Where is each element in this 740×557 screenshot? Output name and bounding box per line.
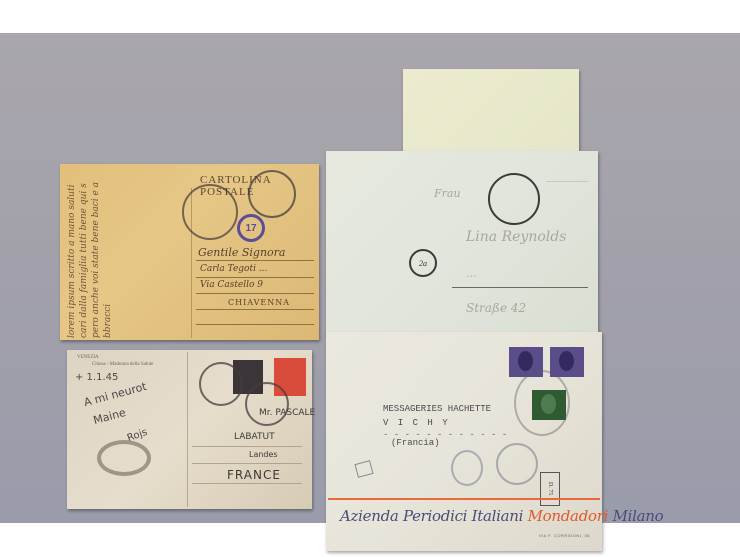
envelope-german: 2a Frau Lina Reynolds ... Straße 42 — [326, 151, 598, 334]
address-line: Via Castello 9 — [200, 280, 263, 290]
brand-mondadori: Mondadori — [528, 507, 609, 525]
caption-subtitle: Chiesa - Madonna della Salute — [92, 362, 153, 367]
address-rule — [452, 287, 588, 288]
censor-postmark — [182, 184, 238, 240]
address-rule — [196, 293, 314, 294]
address-line: Frau — [434, 187, 461, 200]
address-rule — [196, 277, 314, 278]
address-line: (Francia) — [391, 438, 440, 448]
photo-background: CARTOLINA POSTALE 17 lorem ipsum scritto… — [0, 33, 740, 523]
caption-title: VENEZIA — [77, 355, 99, 360]
address-line: Gentile Signora — [198, 246, 285, 259]
small-box-mark — [354, 460, 373, 478]
postmark-dax — [245, 382, 289, 426]
accent-line — [328, 498, 600, 500]
address-rule — [192, 483, 302, 484]
postmark-eagle — [488, 173, 540, 225]
postmark-circle — [248, 170, 296, 218]
postcard-france: VENEZIA Chiesa - Madonna della Salute + … — [67, 350, 312, 509]
brand-part: Milano — [608, 507, 663, 525]
brand-part: Azienda Periodici Italiani — [340, 507, 528, 525]
message-line: A mi neurot — [82, 380, 148, 409]
address-line: Carla Tegoti ... — [200, 264, 267, 274]
censor-circle — [496, 443, 538, 485]
boxed-mark: D. 75 — [540, 472, 560, 506]
address-rule — [196, 324, 314, 325]
postmark-dax — [199, 362, 243, 406]
envelope-mondadori: MESSAGERIES HACHETTE V I C H Y - - - - -… — [326, 332, 602, 551]
address-rule — [196, 309, 314, 310]
address-rule — [192, 446, 302, 447]
address-country: FRANCE — [227, 468, 281, 482]
address-line: Straße 42 — [466, 301, 526, 315]
card-divider — [187, 352, 188, 507]
address-line: MESSAGERIES HACHETTE — [383, 404, 491, 414]
oval-cachet — [97, 440, 151, 476]
street-address: VIA F. CORRIDONI, 36 — [539, 533, 590, 538]
address-line: Mr. PASCALE — [259, 408, 315, 418]
handwritten-message: lorem ipsum scritto a mano saluti cari d… — [66, 178, 186, 338]
censor-postmark — [451, 450, 483, 486]
violet-stamp — [550, 347, 584, 377]
address-line: ... — [466, 267, 477, 280]
circled-mark: 2a — [409, 249, 437, 277]
message-line: + 1.1.45 — [75, 372, 118, 383]
address-line: Landes — [249, 450, 278, 459]
address-rule — [196, 260, 314, 261]
address-rule — [546, 181, 588, 182]
address-line: Lina Reynolds — [466, 229, 566, 245]
address-rule — [192, 463, 302, 464]
postmark-circle — [514, 370, 570, 436]
envelope-back-flap — [403, 69, 579, 153]
message-line: Maine — [92, 406, 127, 427]
censor-mark: 17 — [237, 214, 265, 242]
address-line: LABATUT — [234, 432, 275, 442]
postcard-italy: CARTOLINA POSTALE 17 lorem ipsum scritto… — [60, 164, 319, 340]
brand-line: Azienda Periodici Italiani Mondadori Mil… — [340, 507, 663, 525]
address-city: CHIAVENNA — [228, 298, 290, 307]
address-line: V I C H Y — [383, 418, 450, 428]
